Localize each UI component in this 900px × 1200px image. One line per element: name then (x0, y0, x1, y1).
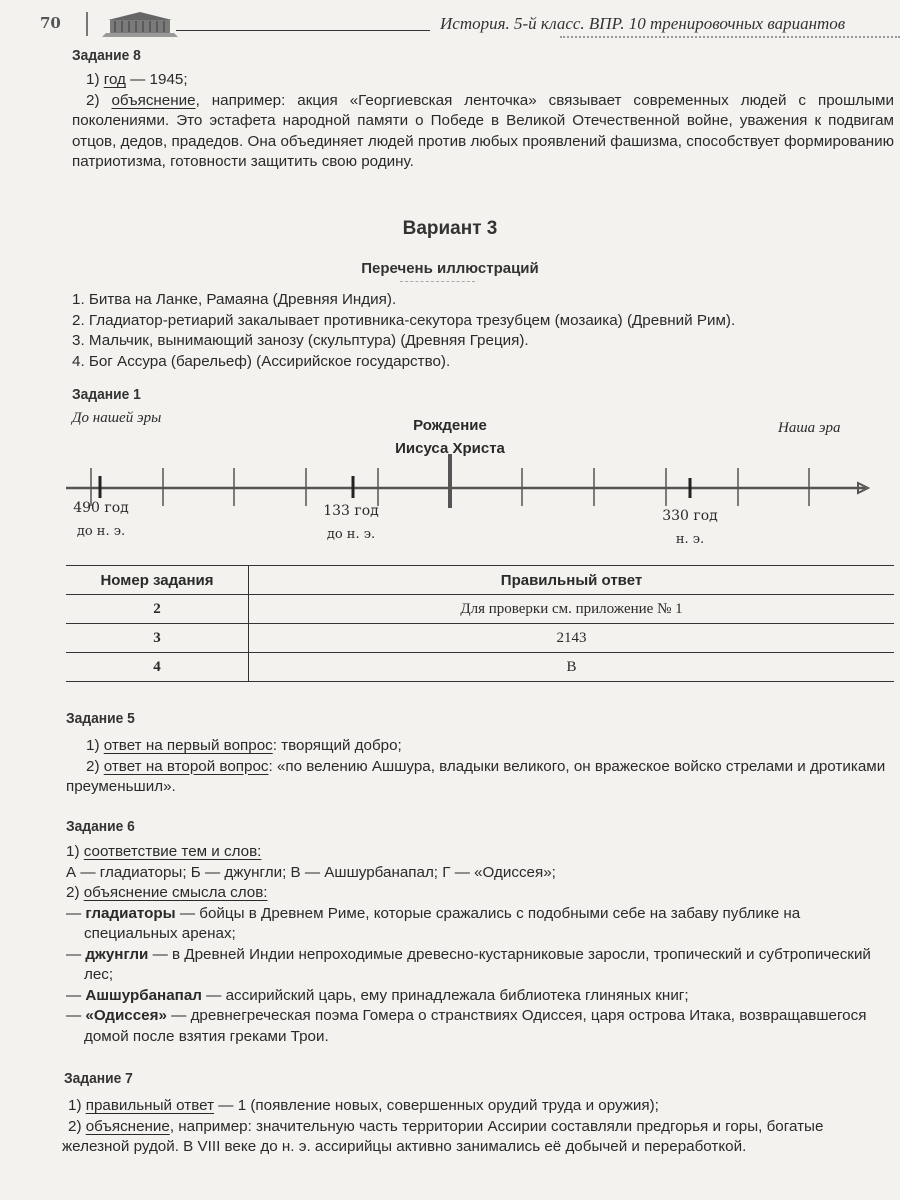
book-title: История. 5-й класс. ВПР. 10 тренировочны… (440, 14, 845, 34)
definition: — древнегреческая поэма Гомера о странст… (84, 1007, 866, 1045)
definition-item: — «Одиссея» — древнегреческая поэма Гоме… (66, 1006, 894, 1047)
answer-key: объяснение смысла слов: (84, 884, 268, 901)
table-row: 3 2143 (66, 624, 894, 653)
definition: — ассирийский царь, ему принадлежала биб… (202, 987, 689, 1004)
definition: — бойцы в Древнем Риме, которые сражалис… (84, 905, 800, 943)
answer-cell: В (249, 653, 895, 682)
mark-year: 330 год (654, 504, 726, 528)
item-number: 2) (68, 1118, 86, 1135)
task-7-title: Задание 7 (64, 1070, 133, 1087)
definition-item: — джунгли — в Древней Индии непроходимые… (66, 945, 894, 986)
label-line: Рождение (360, 414, 540, 437)
task-8-title: Задание 8 (72, 47, 141, 64)
header-dotted-rule (560, 36, 900, 40)
list-item: 3. Мальчик, вынимающий занозу (скульптур… (72, 331, 894, 352)
list-item: 4. Бог Ассура (барельеф) (Ассирийское го… (72, 352, 894, 373)
answer-text: , например: акция «Георгиевская ленточка… (72, 92, 894, 171)
title-underline (400, 281, 475, 282)
header-rule (176, 30, 430, 31)
header-divider (86, 12, 88, 36)
timeline-mark-133bc: 133 год до н. э. (316, 499, 386, 547)
variant-title: Вариант 3 (0, 218, 900, 240)
task-number-cell: 2 (66, 595, 249, 624)
list-item: 2. Гладиатор-ретиарий закалывает противн… (72, 311, 894, 332)
mark-era: до н. э. (66, 520, 136, 544)
mark-year: 133 год (316, 499, 386, 523)
term: джунгли (85, 946, 148, 963)
task-5-title: Задание 5 (66, 710, 135, 727)
answer-key: ответ на второй вопрос (104, 758, 269, 775)
task-number-cell: 4 (66, 653, 249, 682)
term: Ашшурбанапал (85, 987, 202, 1004)
column-header: Правильный ответ (249, 566, 895, 595)
table-row: 2 Для проверки см. приложение № 1 (66, 595, 894, 624)
era-before-label: До нашей эры (72, 410, 161, 427)
item-number: 1) (86, 71, 104, 88)
task-7-body: 1) правильный ответ — 1 (появление новых… (62, 1096, 894, 1158)
task-number-cell: 3 (66, 624, 249, 653)
temple-icon (100, 10, 178, 38)
timeline (60, 448, 880, 508)
item-number: 1) (66, 843, 84, 860)
era-after-label: Наша эра (778, 420, 841, 437)
book-page: 70 История. 5-й класс. ВПР. 10 тренирово… (0, 0, 900, 1200)
item-number: 1) (86, 737, 104, 754)
answer-key: соответствие тем и слов: (84, 843, 262, 860)
task-8-body: 1) год — 1945; 2) объяснение, например: … (72, 70, 894, 173)
timeline-mark-490bc: 490 год до н. э. (66, 496, 136, 544)
mark-era: до н. э. (316, 523, 386, 547)
task-5-body: 1) ответ на первый вопрос: творящий добр… (66, 736, 894, 798)
illustrations-title: Перечень иллюстраций (0, 260, 900, 277)
answer-text: : творящий добро; (273, 737, 402, 754)
definition: — в Древней Индии непроходимые древесно-… (84, 946, 871, 984)
item-number: 2) (66, 884, 84, 901)
answer-key: объяснение (86, 1118, 170, 1135)
answer-cell: Для проверки см. приложение № 1 (249, 595, 895, 624)
term: «Одиссея» (85, 1007, 167, 1024)
page-number: 70 (40, 14, 61, 32)
table-row: 4 В (66, 653, 894, 682)
matching-line: А — гладиаторы; Б — джунгли; В — Ашшурба… (66, 863, 894, 884)
timeline-mark-330ad: 330 год н. э. (654, 504, 726, 552)
list-item: 1. Битва на Ланке, Рамаяна (Древняя Инди… (72, 290, 894, 311)
task-1-title: Задание 1 (72, 386, 141, 403)
answer-text: — 1945; (126, 71, 188, 88)
table-header-row: Номер задания Правильный ответ (66, 566, 894, 595)
answer-text: , например: значительную часть территори… (62, 1118, 823, 1156)
mark-era: н. э. (654, 528, 726, 552)
answers-table: Номер задания Правильный ответ 2 Для про… (66, 565, 894, 682)
definition-item: — Ашшурбанапал — ассирийский царь, ему п… (66, 986, 894, 1007)
answer-key: правильный ответ (86, 1097, 214, 1114)
column-header: Номер задания (66, 566, 249, 595)
item-number: 2) (86, 92, 111, 109)
item-number: 2) (86, 758, 104, 775)
task-6-title: Задание 6 (66, 818, 135, 835)
answer-cell: 2143 (249, 624, 895, 653)
answer-text: — 1 (появление новых, совершенных орудий… (214, 1097, 659, 1114)
term: гладиаторы (85, 905, 175, 922)
definition-item: — гладиаторы — бойцы в Древнем Риме, кот… (66, 904, 894, 945)
answer-key: ответ на первый вопрос (104, 737, 273, 754)
illustrations-list: 1. Битва на Ланке, Рамаяна (Древняя Инди… (72, 290, 894, 372)
item-number: 1) (68, 1097, 86, 1114)
answer-key: объяснение (111, 92, 195, 109)
task-6-body: 1) соответствие тем и слов: А — гладиато… (66, 842, 894, 1047)
answer-key: год (104, 71, 126, 88)
mark-year: 490 год (66, 496, 136, 520)
